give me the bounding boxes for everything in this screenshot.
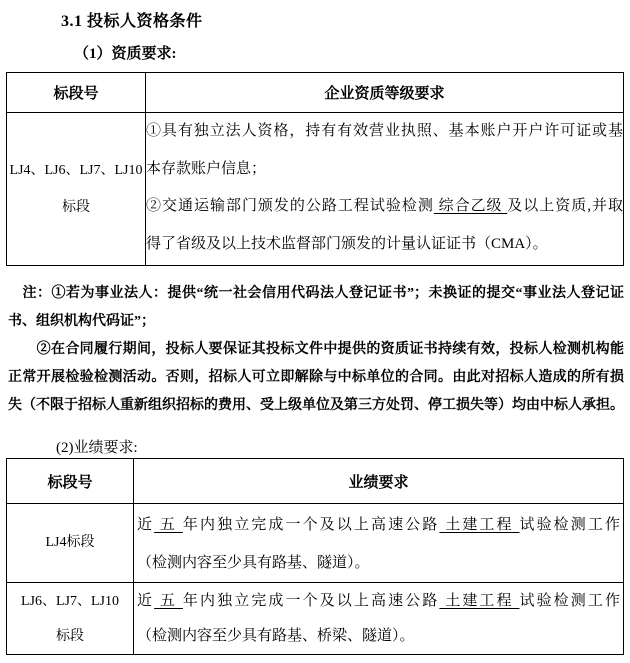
underlined-text: 土建工程 xyxy=(439,593,519,609)
lot-number-cell: LJ6、LJ7、LJ10标段 xyxy=(7,583,134,655)
performance-table-header-row: 标段号 业绩要求 xyxy=(7,459,624,504)
text-segment: （检测内容至少具有路基、桥梁、隧道）。 xyxy=(137,628,415,644)
text-segment: 试验检测工作 xyxy=(519,517,620,533)
text-line: ①具有独立法人资格，持有有效营业执照、基本账户开户许可证或基 xyxy=(146,113,623,151)
subheading-qualification-requirements: （1）资质要求: xyxy=(74,42,177,63)
text-segment: （检测内容至少具有路基、隧道）。 xyxy=(137,555,370,571)
column-header-performance: 业绩要求 xyxy=(134,459,624,504)
text-line: 近 五 年内独立完成一个及以上高速公路 土建工程 试验检测工作 xyxy=(137,507,620,545)
text-line: LJ4标段 xyxy=(7,524,133,562)
text-segment: 年内独立完成一个及以上高速公路 xyxy=(183,517,439,533)
document-page: 3.1 投标人资格条件 （1）资质要求: 标段号 企业资质等级要求 LJ4、LJ… xyxy=(0,0,630,663)
text-segment: 近 xyxy=(137,517,154,533)
text-segment: 年内独立完成一个及以上高速公路 xyxy=(183,593,439,609)
lot-number-cell: LJ4、LJ6、LJ7、LJ10标段 xyxy=(7,113,146,266)
text-line: 本存款账户信息； xyxy=(146,151,623,189)
subheading-performance-requirements: (2)业绩要求: xyxy=(56,436,138,457)
text-segment: 近 xyxy=(137,593,154,609)
column-header-lot-number: 标段号 xyxy=(7,73,146,113)
qualification-table-row: LJ4、LJ6、LJ7、LJ10标段 ①具有独立法人资格，持有有效营业执照、基本… xyxy=(7,113,624,266)
text-line: 注：①若为事业法人：提供“统一社会信用代码法人登记证书”；未换证的提交“事业法人… xyxy=(8,280,624,308)
performance-requirement-cell: 近 五 年内独立完成一个及以上高速公路 土建工程 试验检测工作（检测内容至少具有… xyxy=(134,583,624,655)
text-segment: 试验检测工作 xyxy=(519,593,620,609)
text-line: 得了省级及以上技术监督部门颁发的计量认证证书（CMA）。 xyxy=(146,226,623,264)
text-line: 书、组织机构代码证”； xyxy=(8,308,624,336)
underlined-text: 综合乙级 xyxy=(434,198,507,214)
text-line: （检测内容至少具有路基、隧道）。 xyxy=(137,545,620,583)
text-segment: 注：①若为事业法人：提供“统一社会信用代码法人登记证书”；未换证的提交“事业法人… xyxy=(8,286,624,301)
performance-requirement-cell: 近 五 年内独立完成一个及以上高速公路 土建工程 试验检测工作（检测内容至少具有… xyxy=(134,504,624,583)
text-line: 正常开展检验检测活动。否则，招标人可立即解除与中标单位的合同。由此对招标人造成的… xyxy=(8,364,624,392)
underlined-text: 土建工程 xyxy=(439,517,519,533)
text-line: 标段 xyxy=(7,189,145,227)
performance-table-row-lj6-lj7-lj10: LJ6、LJ7、LJ10标段 近 五 年内独立完成一个及以上高速公路 土建工程 … xyxy=(7,583,624,655)
lot-number-cell: LJ4标段 xyxy=(7,504,134,583)
underlined-text: 五 xyxy=(154,593,183,609)
qualification-requirement-cell: ①具有独立法人资格，持有有效营业执照、基本账户开户许可证或基本存款账户信息；②交… xyxy=(146,113,624,266)
performance-table: 标段号 业绩要求 LJ4标段 近 五 年内独立完成一个及以上高速公路 土建工程 … xyxy=(6,458,624,655)
column-header-lot-number: 标段号 xyxy=(7,459,134,504)
column-header-enterprise-qualification: 企业资质等级要求 xyxy=(146,73,624,113)
text-segment: ②在合同履行期间，投标人要保证其投标文件中提供的资质证书持续有效，投标人检测机构… xyxy=(8,342,624,357)
note-paragraph: 注：①若为事业法人：提供“统一社会信用代码法人登记证书”；未换证的提交“事业法人… xyxy=(8,280,624,420)
text-line: LJ4、LJ6、LJ7、LJ10 xyxy=(7,152,145,190)
text-line: 近 五 年内独立完成一个及以上高速公路 土建工程 试验检测工作 xyxy=(137,584,620,619)
text-segment: 及以上资质,并取 xyxy=(507,198,623,214)
underlined-text: 五 xyxy=(154,517,183,533)
text-line: ②交通运输部门颁发的公路工程试验检测 综合乙级 及以上资质,并取 xyxy=(146,188,623,226)
text-segment: 书、组织机构代码证”； xyxy=(8,314,155,329)
section-heading: 3.1 投标人资格条件 xyxy=(61,8,203,31)
text-line: LJ6、LJ7、LJ10 xyxy=(7,584,133,619)
text-segment: 正常开展检验检测活动。否则，招标人可立即解除与中标单位的合同。由此对招标人造成的… xyxy=(8,370,624,385)
qualification-table: 标段号 企业资质等级要求 LJ4、LJ6、LJ7、LJ10标段 ①具有独立法人资… xyxy=(6,72,624,266)
text-line: 标段 xyxy=(7,619,133,654)
text-line: 失（不限于招标人重新组织招标的费用、受上级单位及第三方处罚、停工损失等）均由中标… xyxy=(8,392,624,420)
text-line: ②在合同履行期间，投标人要保证其投标文件中提供的资质证书持续有效，投标人检测机构… xyxy=(8,336,624,364)
text-segment: 失（不限于招标人重新组织招标的费用、受上级单位及第三方处罚、停工损失等）均由中标… xyxy=(8,398,624,413)
text-line: （检测内容至少具有路基、桥梁、隧道）。 xyxy=(137,619,620,654)
qualification-table-header-row: 标段号 企业资质等级要求 xyxy=(7,73,624,113)
text-segment: 本存款账户信息； xyxy=(146,161,266,177)
text-segment: ②交通运输部门颁发的公路工程试验检测 xyxy=(146,198,434,214)
text-segment: 得了省级及以上技术监督部门颁发的计量认证证书（CMA）。 xyxy=(146,236,548,252)
performance-table-row-lj4: LJ4标段 近 五 年内独立完成一个及以上高速公路 土建工程 试验检测工作（检测… xyxy=(7,504,624,583)
text-segment: ①具有独立法人资格，持有有效营业执照、基本账户开户许可证或基 xyxy=(146,123,623,139)
